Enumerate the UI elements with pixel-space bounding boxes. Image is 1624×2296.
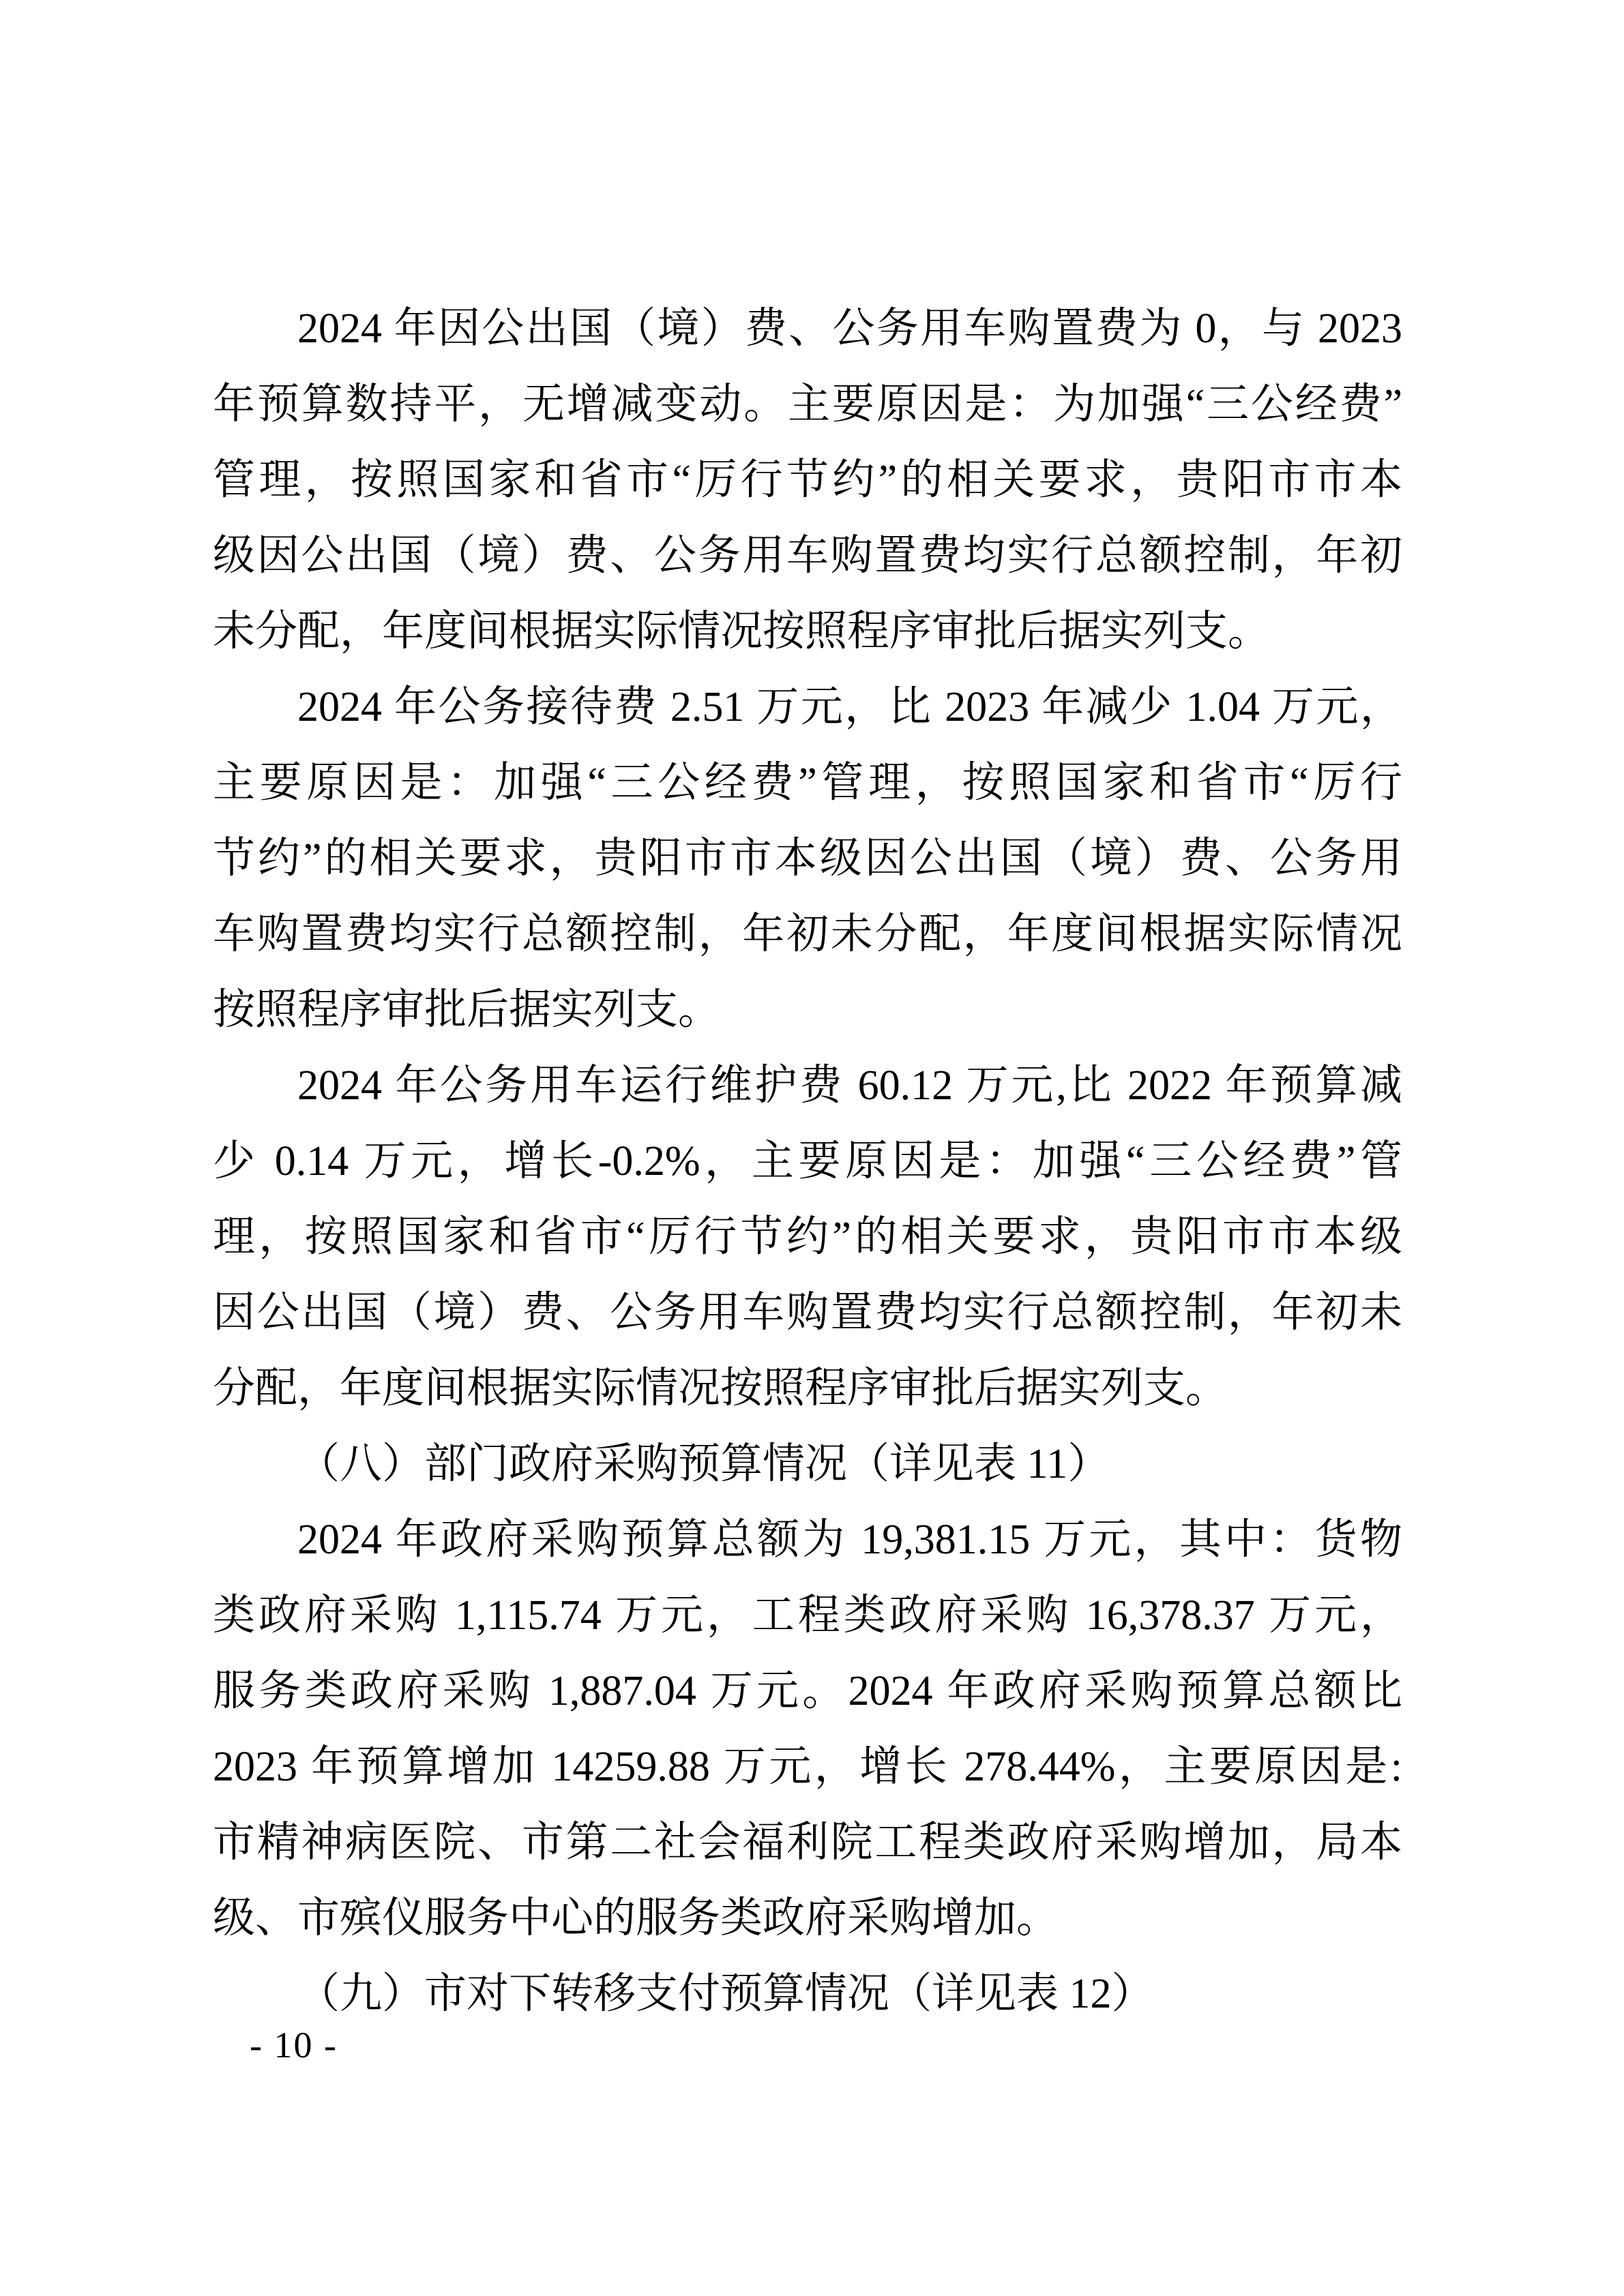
- text-line: 2023 年预算增加 14259.88 万元，增长 278.44%，主要原因是:: [213, 1729, 1402, 1805]
- text-line: 节约”的相关要求，贵阳市市本级因公出国（境）费、公务用: [213, 821, 1402, 897]
- text-line: 因公出国（境）费、公务用车购置费均实行总额控制，年初未: [213, 1275, 1402, 1351]
- text-line: 管理，按照国家和省市“厉行节约”的相关要求，贵阳市市本: [213, 443, 1402, 518]
- body-paragraph: 2024 年因公出国（境）费、公务用车购置费为 0，与 2023年预算数持平，无…: [213, 291, 1402, 670]
- text-line: 理，按照国家和省市“厉行节约”的相关要求，贵阳市市本级: [213, 1199, 1402, 1275]
- section-heading: （九）市对下转移支付预算情况（详见表 12）: [213, 1956, 1402, 2032]
- body-paragraph: 2024 年公务用车运行维护费 60.12 万元,比 2022 年预算减少 0.…: [213, 1048, 1402, 1427]
- text-line: 按照程序审批后据实列支。: [213, 972, 1402, 1048]
- text-line: 分配，年度间根据实际情况按照程序审批后据实列支。: [213, 1351, 1402, 1427]
- text-block: 2024 年因公出国（境）费、公务用车购置费为 0，与 2023年预算数持平，无…: [213, 291, 1402, 2032]
- text-line: 2024 年因公出国（境）费、公务用车购置费为 0，与 2023: [213, 291, 1402, 367]
- text-line: 市精神病医院、市第二社会福利院工程类政府采购增加，局本: [213, 1805, 1402, 1881]
- page-number: - 10 -: [250, 2024, 338, 2066]
- text-line: （九）市对下转移支付预算情况（详见表 12）: [213, 1956, 1402, 2032]
- text-line: 车购置费均实行总额控制，年初未分配，年度间根据实际情况: [213, 897, 1402, 972]
- text-line: 未分配，年度间根据实际情况按照程序审批后据实列支。: [213, 594, 1402, 670]
- document-page: 2024 年因公出国（境）费、公务用车购置费为 0，与 2023年预算数持平，无…: [0, 0, 1624, 2296]
- text-line: 级因公出国（境）费、公务用车购置费均实行总额控制，年初: [213, 518, 1402, 594]
- text-line: 2024 年政府采购预算总额为 19,381.15 万元，其中：货物: [213, 1502, 1402, 1578]
- text-line: 年预算数持平，无增减变动。主要原因是：为加强“三公经费”: [213, 367, 1402, 443]
- text-line: （八）部门政府采购预算情况（详见表 11）: [213, 1427, 1402, 1502]
- section-heading: （八）部门政府采购预算情况（详见表 11）: [213, 1427, 1402, 1502]
- text-line: 少 0.14 万元，增长-0.2%，主要原因是：加强“三公经费”管: [213, 1124, 1402, 1199]
- text-line: 主要原因是：加强“三公经费”管理，按照国家和省市“厉行: [213, 745, 1402, 821]
- text-line: 2024 年公务用车运行维护费 60.12 万元,比 2022 年预算减: [213, 1048, 1402, 1124]
- text-line: 2024 年公务接待费 2.51 万元，比 2023 年减少 1.04 万元，: [213, 670, 1402, 745]
- text-line: 服务类政府采购 1,887.04 万元。2024 年政府采购预算总额比: [213, 1654, 1402, 1729]
- text-line: 类政府采购 1,115.74 万元，工程类政府采购 16,378.37 万元，: [213, 1578, 1402, 1654]
- text-line: 级、市殡仪服务中心的服务类政府采购增加。: [213, 1881, 1402, 1956]
- body-paragraph: 2024 年公务接待费 2.51 万元，比 2023 年减少 1.04 万元，主…: [213, 670, 1402, 1048]
- body-paragraph: 2024 年政府采购预算总额为 19,381.15 万元，其中：货物类政府采购 …: [213, 1502, 1402, 1956]
